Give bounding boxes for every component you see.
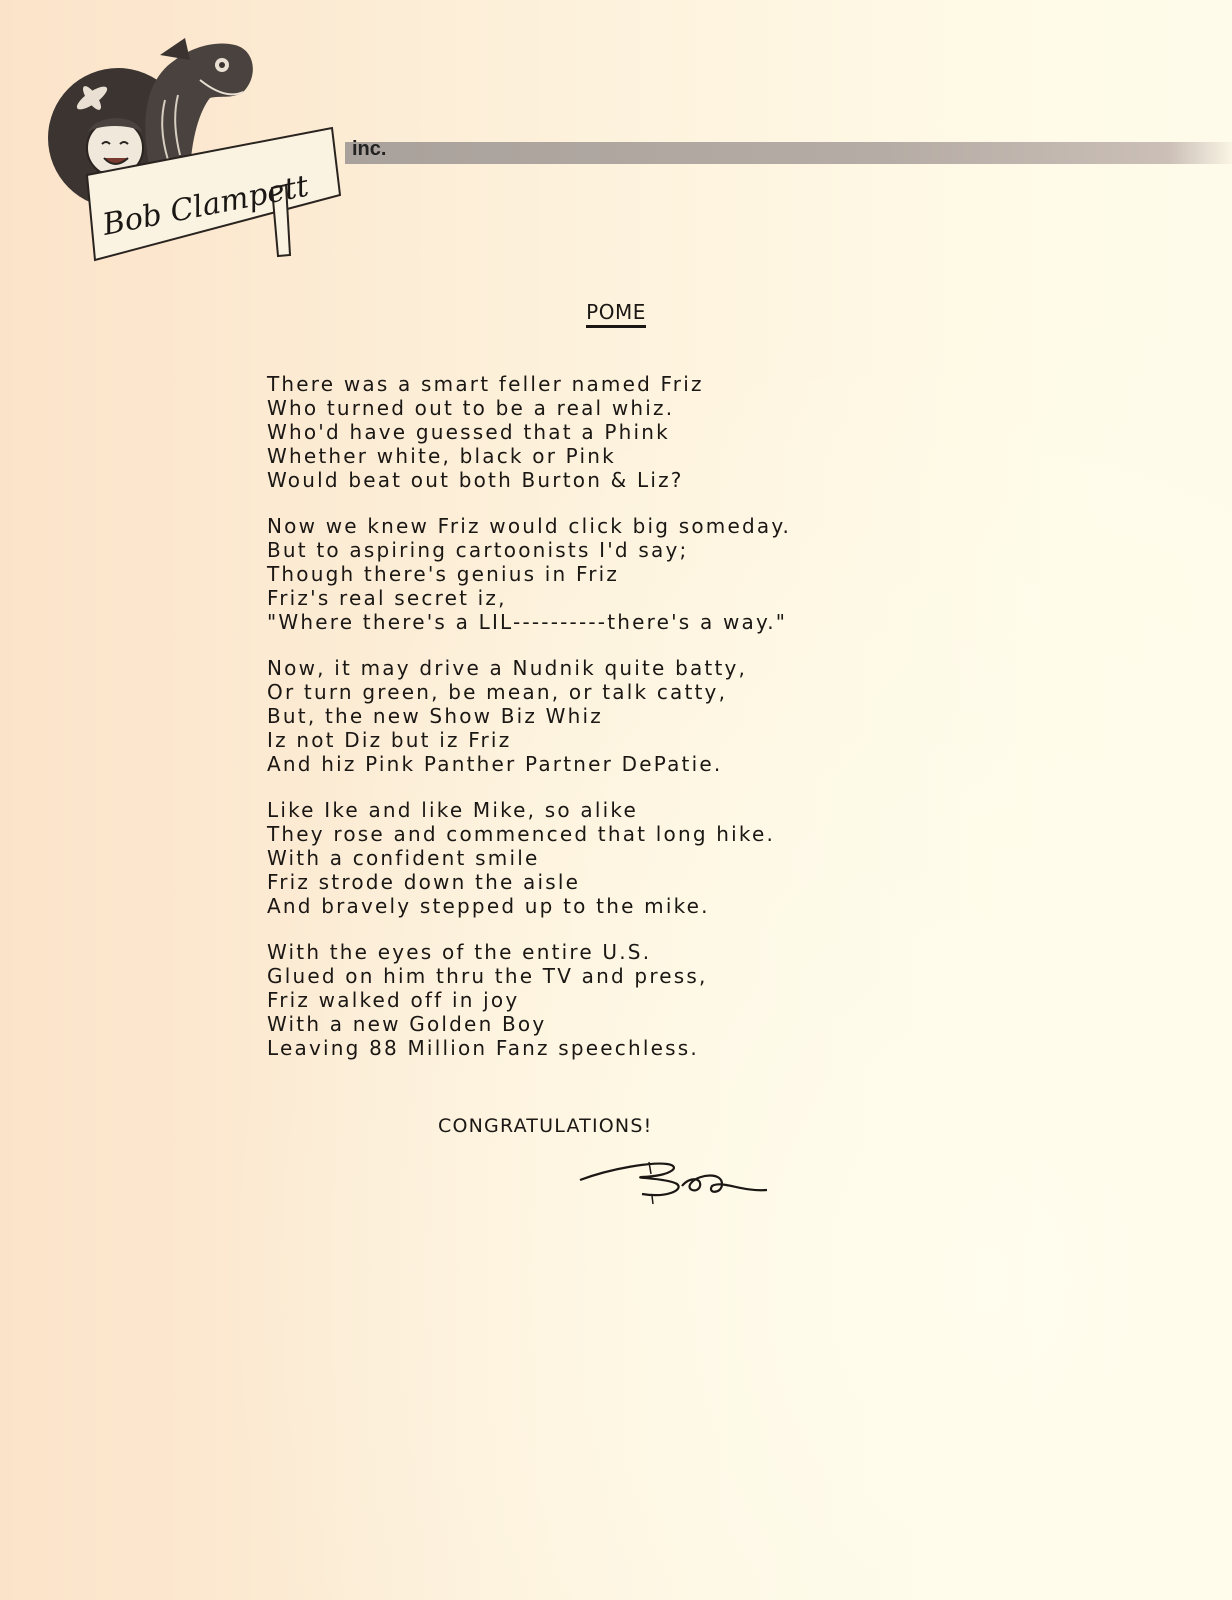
poem-line: With a confident smile (267, 846, 791, 870)
document-title: POME (0, 300, 1232, 324)
poem-stanza: With the eyes of the entire U.S.Glued on… (267, 940, 791, 1060)
company-logo-icon: Bob Clampett (40, 20, 370, 270)
poem-line: Now we knew Friz would click big someday… (267, 514, 791, 538)
poem-stanza: Like Ike and like Mike, so alikeThey ros… (267, 798, 791, 918)
poem-line: There was a smart feller named Friz (267, 372, 791, 396)
poem-line: But to aspiring cartoonists I'd say; (267, 538, 791, 562)
poem-line: Iz not Diz but iz Friz (267, 728, 791, 752)
poem-line: Friz strode down the aisle (267, 870, 791, 894)
poem-line: Whether white, black or Pink (267, 444, 791, 468)
poem-line: "Where there's a LIL----------there's a … (267, 610, 791, 634)
poem-line: Glued on him thru the TV and press, (267, 964, 791, 988)
poem-line: Leaving 88 Million Fanz speechless. (267, 1036, 791, 1060)
poem-line: And hiz Pink Panther Partner DePatie. (267, 752, 791, 776)
poem-line: Friz walked off in joy (267, 988, 791, 1012)
poem-line: Would beat out both Burton & Liz? (267, 468, 791, 492)
letterhead-band (345, 142, 1232, 164)
poem-body: There was a smart feller named FrizWho t… (267, 372, 791, 1082)
poem-line: Though there's genius in Friz (267, 562, 791, 586)
poem-stanza: Now, it may drive a Nudnik quite batty,O… (267, 656, 791, 776)
poem-line: Like Ike and like Mike, so alike (267, 798, 791, 822)
signature-icon (572, 1150, 772, 1210)
poem-line: Now, it may drive a Nudnik quite batty, (267, 656, 791, 680)
poem-line: With the eyes of the entire U.S. (267, 940, 791, 964)
document-title-text: POME (586, 300, 646, 328)
poem-line: Who turned out to be a real whiz. (267, 396, 791, 420)
poem-stanza: There was a smart feller named FrizWho t… (267, 372, 791, 492)
poem-line: Or turn green, be mean, or talk catty, (267, 680, 791, 704)
poem-line: But, the new Show Biz Whiz (267, 704, 791, 728)
closing-line: CONGRATULATIONS! (438, 1115, 652, 1137)
poem-line: They rose and commenced that long hike. (267, 822, 791, 846)
letterhead: inc. Bob Clampett (40, 20, 1232, 280)
poem-line: And bravely stepped up to the mike. (267, 894, 791, 918)
poem-line: Who'd have guessed that a Phink (267, 420, 791, 444)
poem-stanza: Now we knew Friz would click big someday… (267, 514, 791, 634)
poem-line: Friz's real secret iz, (267, 586, 791, 610)
poem-line: With a new Golden Boy (267, 1012, 791, 1036)
letter-page: inc. Bob Clampett (0, 0, 1232, 1600)
